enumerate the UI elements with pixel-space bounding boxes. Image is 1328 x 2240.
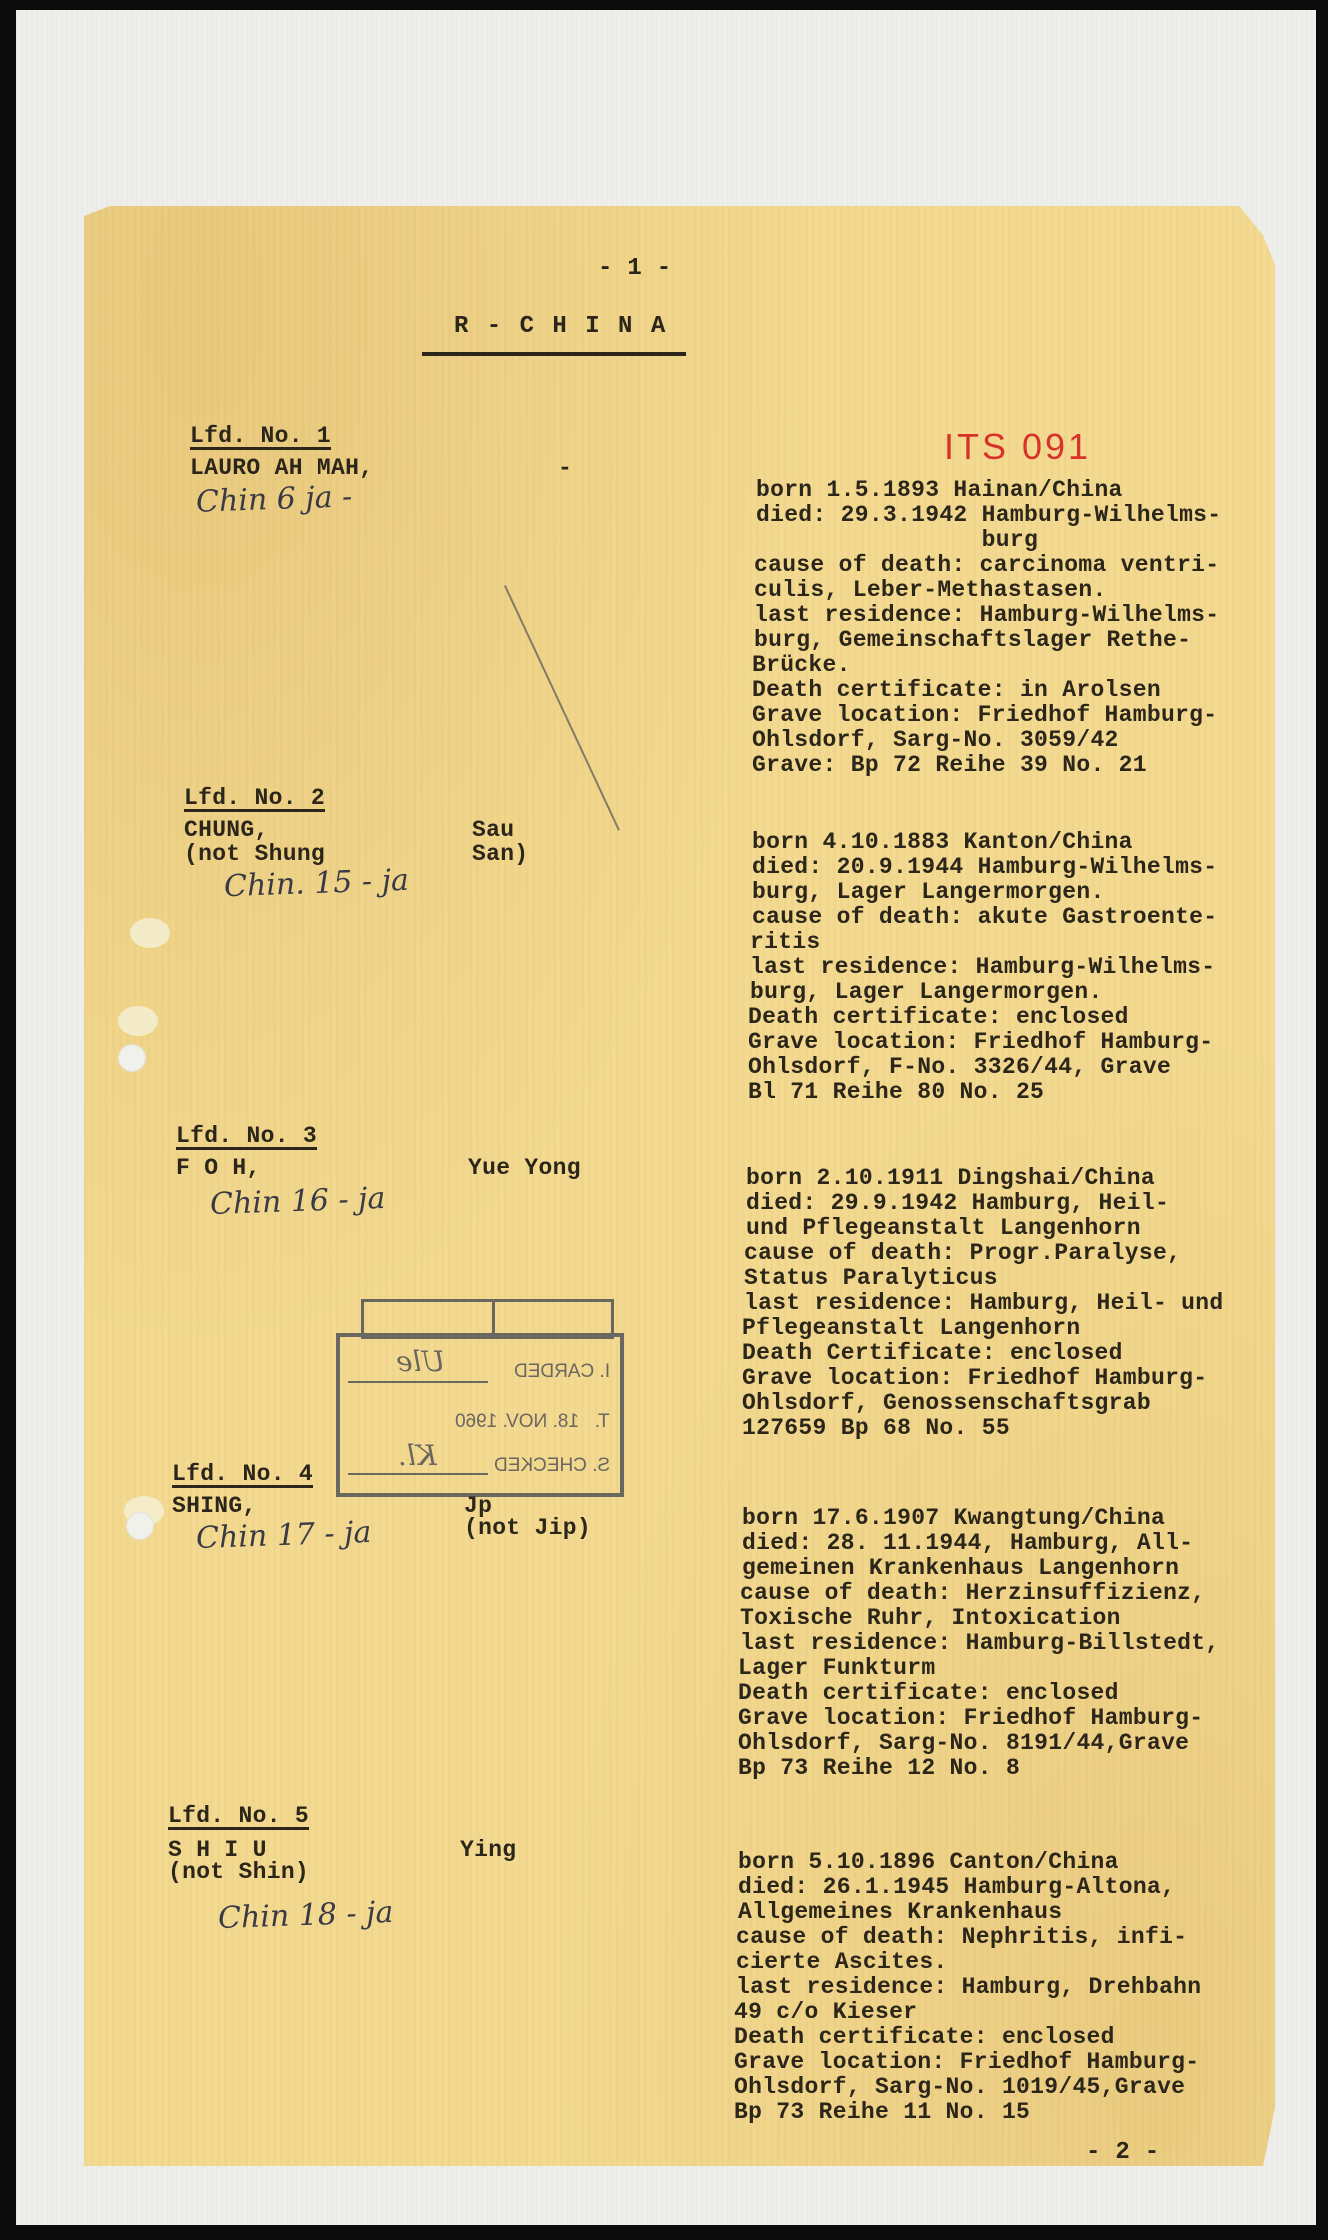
detail-line: Allgemeines Krankenhaus (738, 1900, 1062, 1925)
stamp-checked-initials: Kl. (398, 1439, 437, 1472)
entry-number: Lfd. No. 3 (176, 1124, 317, 1149)
detail-line: Toxische Ruhr, Intoxication (740, 1606, 1121, 1631)
detail-grave-location: Grave location: Friedhof Hamburg- (734, 2050, 1199, 2075)
detail-residence: last residence: Hamburg, Heil- und (744, 1291, 1223, 1316)
detail-grave-location: Grave location: Friedhof Hamburg- (742, 1366, 1207, 1391)
surname-note: (not Shin) (168, 1860, 309, 1885)
detail-cause: cause of death: Progr.Paralyse, (744, 1241, 1181, 1266)
detail-residence: last residence: Hamburg-Billstedt, (740, 1631, 1219, 1656)
its-reference-stamp: ITS 091 (944, 426, 1091, 468)
given-name: Ying (460, 1838, 516, 1863)
detail-residence: last residence: Hamburg, Drehbahn (736, 1975, 1201, 2000)
given-name: Sau (472, 818, 514, 843)
surname: LAURO AH MAH, (190, 456, 373, 481)
detail-grave-location: Grave location: Friedhof Hamburg- (752, 703, 1217, 728)
detail-line: Ohlsdorf, Genossenschaftsgrab (742, 1391, 1151, 1416)
detail-residence: last residence: Hamburg-Wilhelms- (754, 603, 1219, 628)
detail-certificate: Death Certificate: enclosed (742, 1341, 1123, 1366)
detail-grave: Grave: Bp 72 Reihe 39 No. 21 (752, 753, 1147, 778)
handwritten-note: Chin 6 ja - (195, 479, 352, 519)
surname-note: (not Shung (184, 842, 325, 867)
carded-checked-stamp: I. CARDED Ule T. 18. NOV. 1960 S. CHECKE… (336, 1299, 622, 1489)
detail-residence: last residence: Hamburg-Wilhelms- (750, 955, 1215, 980)
detail-certificate: Death certificate: enclosed (738, 1681, 1119, 1706)
detail-line: Ohlsdorf, Sarg-No. 3059/42 (752, 728, 1119, 753)
detail-line: Status Paralyticus (744, 1266, 998, 1291)
detail-line: Brücke. (752, 653, 851, 678)
stamp-line (348, 1381, 488, 1383)
punch-hole-torn (118, 1006, 158, 1036)
surname: F O H, (176, 1156, 261, 1181)
stamp-checked: S. CHECKED (494, 1455, 610, 1477)
entry-number: Lfd. No. 4 (172, 1462, 313, 1487)
detail-died: died: 20.9.1944 Hamburg-Wilhelms- (752, 855, 1217, 880)
surname: CHUNG, (184, 818, 269, 843)
detail-cause: cause of death: Herzinsuffizienz, (740, 1581, 1205, 1606)
detail-line: cierte Ascites. (736, 1950, 948, 1975)
title-underline (422, 352, 686, 356)
detail-line: und Pflegeanstalt Langenhorn (746, 1216, 1141, 1241)
page-title: R - C H I N A (454, 314, 667, 339)
detail-grave: Bl 71 Reihe 80 No. 25 (748, 1080, 1044, 1105)
punch-hole (118, 1044, 146, 1072)
given-name: - (558, 456, 572, 481)
surname: SHING, (172, 1494, 257, 1519)
detail-cause: cause of death: akute Gastroente- (752, 905, 1217, 930)
detail-died: died: 28. 11.1944, Hamburg, All- (742, 1531, 1193, 1556)
detail-line: burg, Lager Langermorgen. (752, 880, 1105, 905)
pencil-mark (504, 585, 620, 831)
detail-grave-location: Grave location: Friedhof Hamburg- (738, 1706, 1203, 1731)
given-name: Yue Yong (468, 1156, 581, 1181)
detail-born: born 4.10.1883 Kanton/China (752, 830, 1133, 855)
detail-line: burg, Gemeinschaftslager Rethe- (754, 628, 1191, 653)
detail-line: ritis (750, 930, 821, 955)
entry-number: Lfd. No. 1 (190, 424, 331, 449)
detail-line: Lager Funkturm (738, 1656, 935, 1681)
entry-number: Lfd. No. 5 (168, 1804, 309, 1829)
detail-line: Pflegeanstalt Langenhorn (742, 1316, 1080, 1341)
detail-line: Ohlsdorf, Sarg-No. 1019/45,Grave (734, 2075, 1185, 2100)
handwritten-note: Chin. 15 - ja (223, 863, 409, 904)
detail-line: Ohlsdorf, Sarg-No. 8191/44,Grave (738, 1731, 1189, 1756)
handwritten-note: Chin 16 - ja (209, 1181, 385, 1222)
detail-line: burg (756, 528, 1038, 553)
detail-grave: Bp 73 Reihe 11 No. 15 (734, 2100, 1030, 2125)
handwritten-note: Chin 17 - ja (195, 1515, 371, 1556)
page-number-top: - 1 - (598, 256, 672, 281)
stamp-date: T. 18. NOV. 1960 (455, 1411, 610, 1433)
detail-died: died: 29.3.1942 Hamburg-Wilhelms- (756, 503, 1221, 528)
entry-number: Lfd. No. 2 (184, 786, 325, 811)
detail-certificate: Death certificate: enclosed (734, 2025, 1115, 2050)
given-name-note: (not Jip) (464, 1516, 591, 1541)
detail-line: Ohlsdorf, F-No. 3326/44, Grave (748, 1055, 1171, 1080)
punch-hole (126, 1512, 154, 1540)
detail-born: born 17.6.1907 Kwangtung/China (742, 1506, 1165, 1531)
document-page: - 1 - R - C H I N A ITS 091 Lfd. No. 1 L… (84, 206, 1275, 2166)
detail-died: died: 26.1.1945 Hamburg-Altona, (738, 1875, 1175, 1900)
detail-line: burg, Lager Langermorgen. (750, 980, 1103, 1005)
stamp-carded: I. CARDED (514, 1361, 610, 1383)
detail-cause: cause of death: Nephritis, infi- (736, 1925, 1187, 1950)
page-number-bottom: - 2 - (1086, 2140, 1160, 2165)
detail-line: culis, Leber-Methastasen. (754, 578, 1107, 603)
detail-born: born 2.10.1911 Dingshai/China (746, 1166, 1155, 1191)
detail-cause: cause of death: carcinoma ventri- (754, 553, 1219, 578)
detail-grave: Bp 73 Reihe 12 No. 8 (738, 1756, 1020, 1781)
detail-born: born 1.5.1893 Hainan/China (756, 478, 1123, 503)
given-name-note: San) (472, 842, 528, 867)
detail-certificate: Death certificate: in Arolsen (752, 678, 1161, 703)
detail-grave: 127659 Bp 68 No. 55 (742, 1416, 1010, 1441)
detail-grave-location: Grave location: Friedhof Hamburg- (748, 1030, 1213, 1055)
punch-hole-torn (130, 918, 170, 948)
detail-certificate: Death certificate: enclosed (748, 1005, 1129, 1030)
stamp-line (348, 1473, 488, 1475)
detail-died: died: 29.9.1942 Hamburg, Heil- (746, 1191, 1169, 1216)
detail-line: gemeinen Krankenhaus Langenhorn (742, 1556, 1179, 1581)
detail-line: 49 c/o Kieser (734, 2000, 917, 2025)
stamp-carded-initials: Ule (396, 1345, 445, 1378)
detail-born: born 5.10.1896 Canton/China (738, 1850, 1119, 1875)
handwritten-note: Chin 18 - ja (217, 1895, 393, 1936)
